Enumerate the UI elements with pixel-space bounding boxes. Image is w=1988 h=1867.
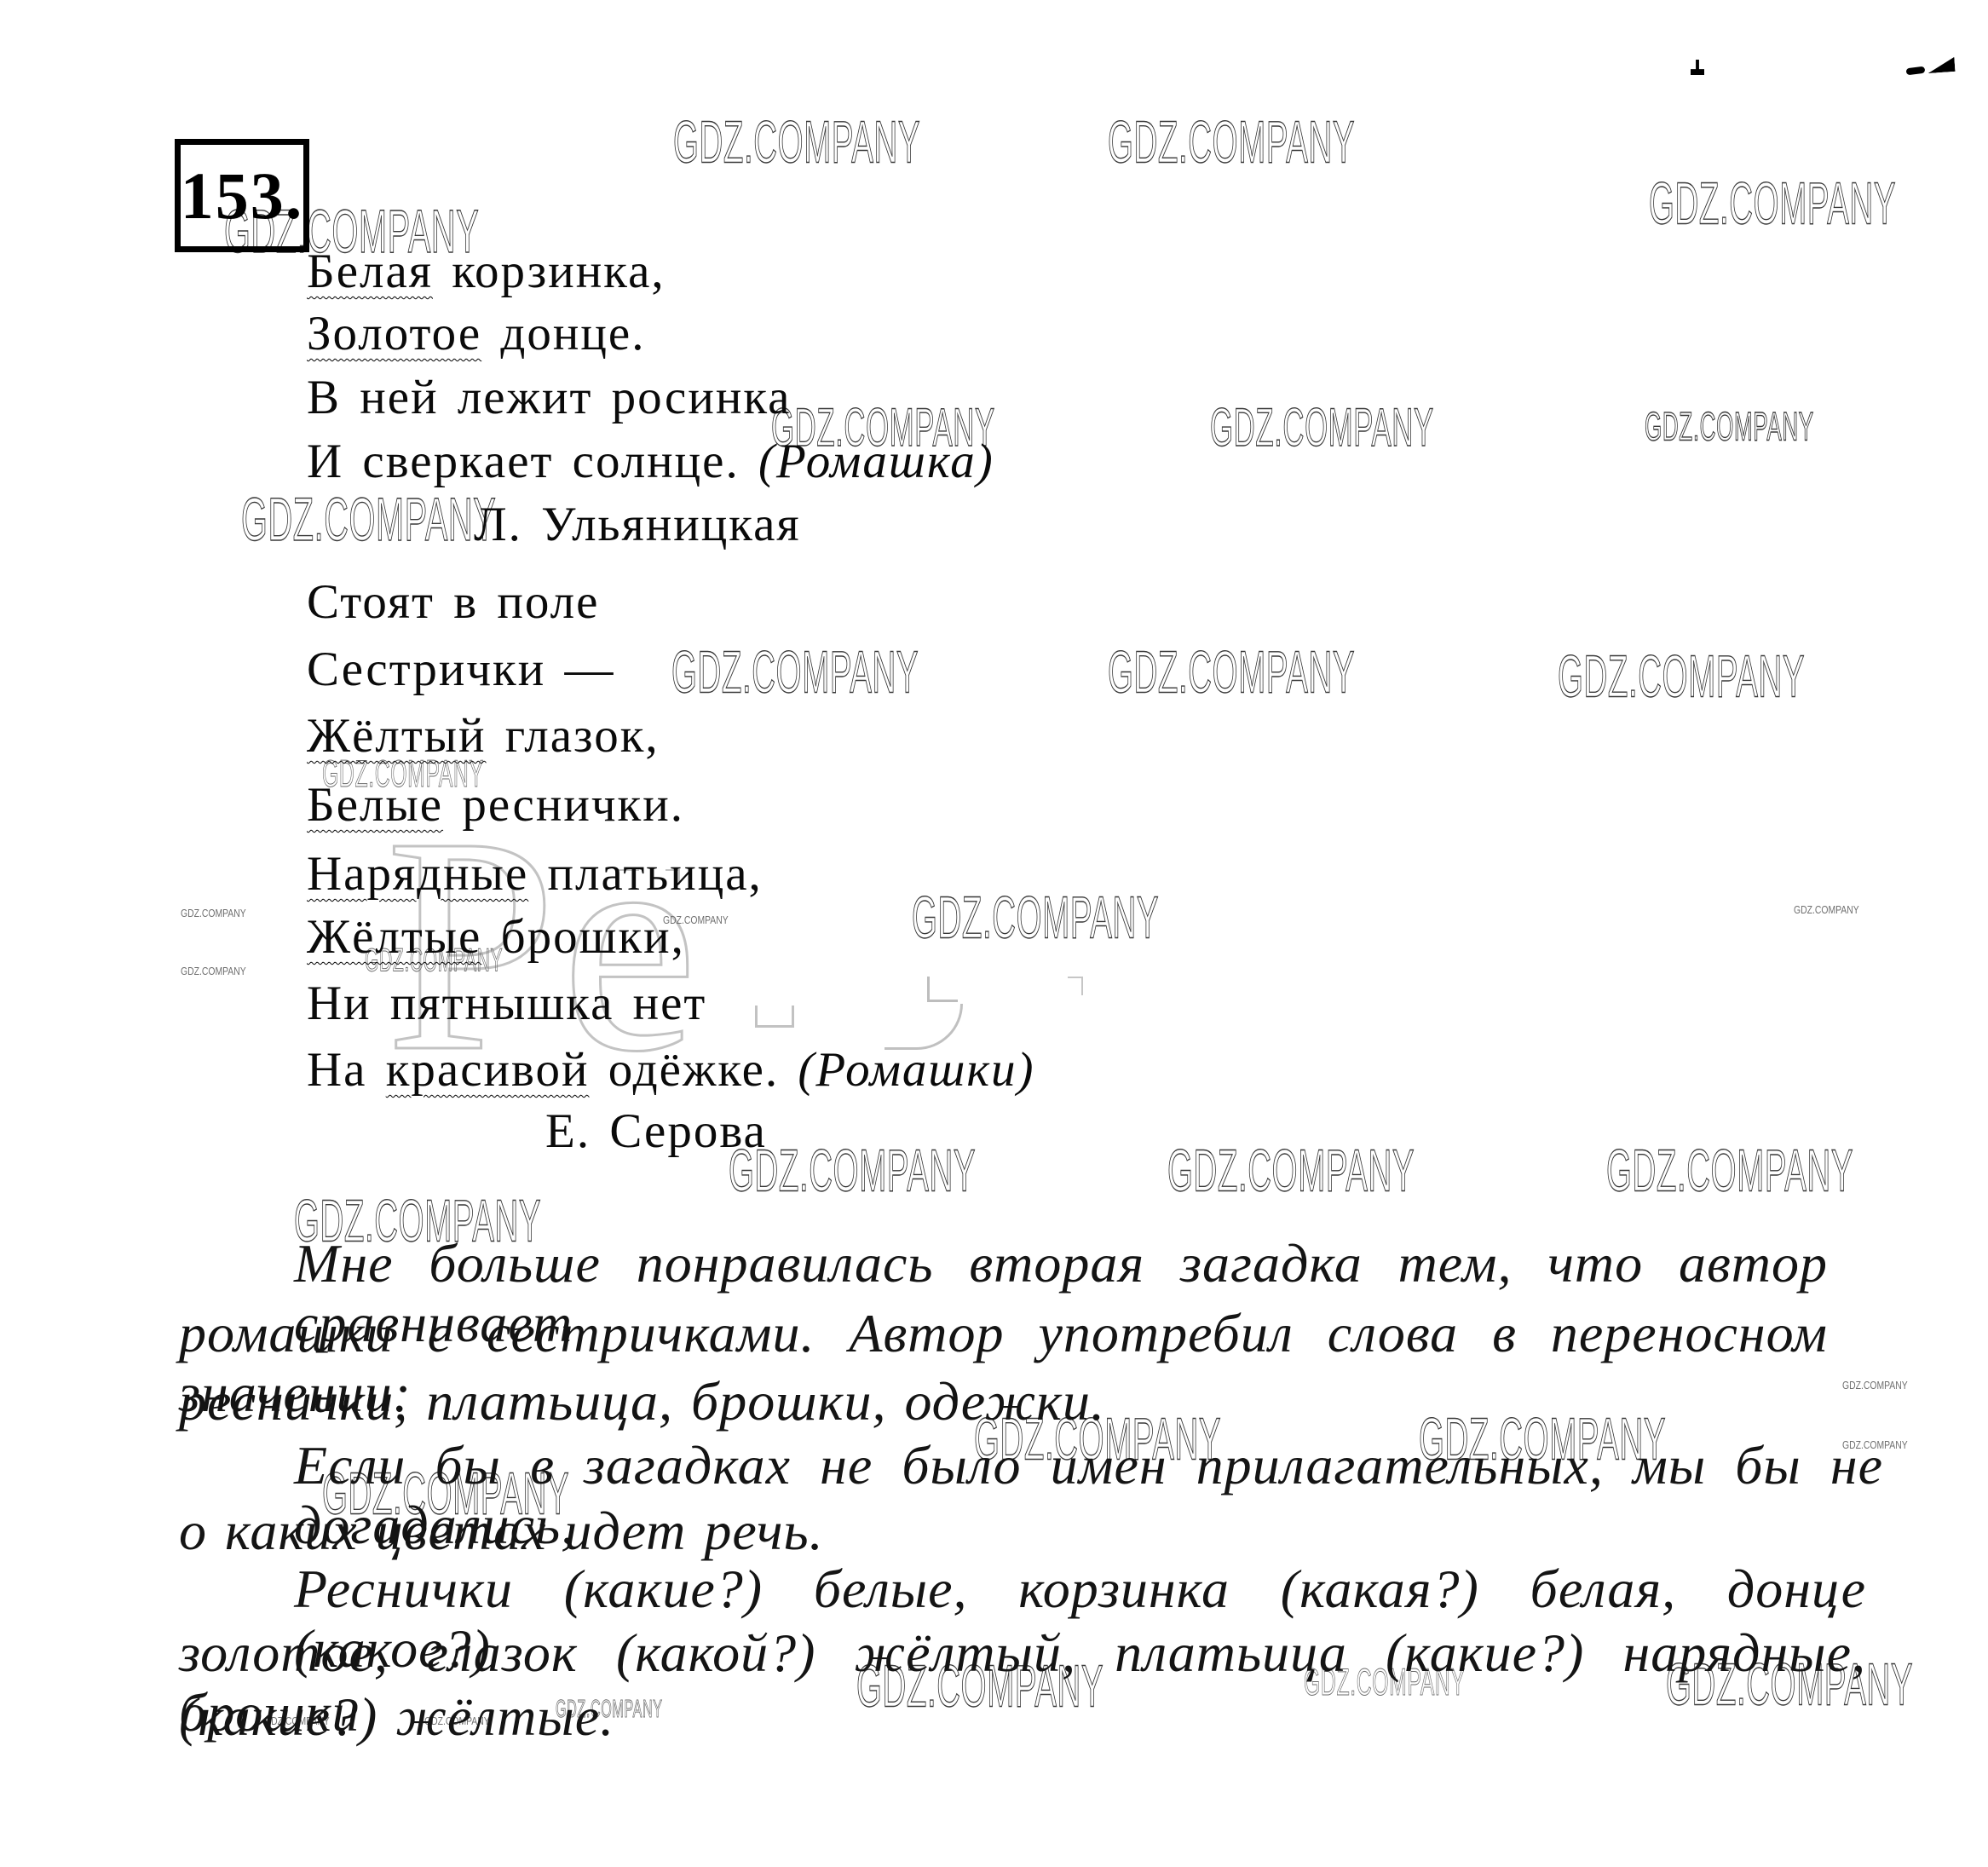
cutoff-glyph-mark: [1906, 66, 1926, 76]
wavy-underlined-word: Жёлтые: [307, 910, 481, 964]
text-segment: реснички, платьица, брошки, одежки.: [179, 1371, 1105, 1432]
riddle1-line-1: Белая корзинка,: [307, 245, 666, 299]
gdz-watermark: GDZ.COMPANY: [181, 965, 246, 977]
gdz-watermark: GDZ.COMPANY: [1108, 639, 1355, 707]
riddle2-line-2: Сестрички —: [307, 643, 614, 697]
cutoff-glyph-mark: [1691, 60, 1704, 75]
gdz-watermark: GDZ.COMPANY: [671, 639, 919, 707]
text-segment: В ней лежит росинка: [307, 371, 791, 424]
wavy-underlined-word: красивой: [386, 1043, 590, 1097]
gdz-watermark: GDZ.COMPANY: [1794, 903, 1859, 916]
commentary-line-3: реснички, платьица, брошки, одежки.: [179, 1372, 1105, 1432]
text-segment: Е. Серова: [545, 1104, 767, 1158]
riddle1-line-2: Золотое донце.: [307, 308, 645, 361]
riddle2-line-8: На красивой одёжке. (Ромашки): [307, 1044, 1035, 1098]
scan-artifact: [755, 1006, 794, 1028]
text-segment: На: [307, 1043, 386, 1097]
text-segment: Ни пятнышка нет: [307, 977, 706, 1030]
gdz-watermark: GDZ.COMPANY: [1645, 404, 1814, 450]
exercise-number-box: 153.: [175, 139, 309, 252]
answer-line-3: (какие?) жёлтые.: [179, 1687, 614, 1747]
riddle2-line-4: Белые реснички.: [307, 779, 684, 833]
riddle1-line-3: В ней лежит росинка: [307, 372, 791, 425]
wavy-underlined-word: Белая: [307, 245, 433, 298]
text-segment: Сестрички —: [307, 643, 614, 696]
gdz-watermark: GDZ.COMPANY: [1210, 396, 1434, 458]
gdz-watermark: GDZ.COMPANY: [673, 109, 920, 177]
text-segment: (Ромашки): [798, 1043, 1034, 1097]
gdz-watermark: GDZ.COMPANY: [1108, 109, 1355, 177]
gdz-watermark: GDZ.COMPANY: [1167, 1138, 1415, 1206]
wavy-underlined-word: Нарядные: [307, 847, 528, 901]
text-segment: Стоят в поле: [307, 575, 599, 629]
gdz-watermark: GDZ.COMPANY: [181, 907, 246, 919]
scanned-document-page: Ре GDZ.COMPANYGDZ.COMPANYGDZ.COMPANYGDZ.…: [0, 0, 1988, 1867]
gdz-watermark: GDZ.COMPANY: [912, 885, 1159, 953]
riddle1-author: Л. Ульяницкая: [474, 498, 801, 552]
text-segment: донце.: [481, 307, 645, 360]
gdz-watermark: GDZ.COMPANY: [241, 484, 496, 555]
wavy-underlined-word: Белые: [307, 778, 443, 832]
riddle2-line-1: Стоят в поле: [307, 576, 599, 630]
scan-artifact: [927, 977, 958, 1002]
gdz-watermark: GDZ.COMPANY: [1558, 643, 1805, 712]
riddle2-line-7: Ни пятнышка нет: [307, 977, 706, 1031]
text-segment: (Ромашка): [758, 435, 994, 488]
text-segment: (какие?) жёлтые.: [179, 1686, 614, 1747]
text-segment: корзинка,: [433, 245, 666, 298]
riddle2-line-6: Жёлтые брошки,: [307, 911, 685, 965]
exercise-number: 153.: [181, 158, 304, 234]
cutoff-glyph-mark: [1927, 57, 1955, 73]
riddle2-line-3: Жёлтый глазок,: [307, 710, 660, 764]
commentary-line-5: о каких цветах идет речь.: [179, 1501, 824, 1561]
riddle2-line-5: Нарядные платьица,: [307, 848, 763, 902]
scan-artifact: [1068, 977, 1083, 995]
wavy-underlined-word: Золотое: [307, 307, 481, 360]
gdz-watermark: GDZ.COMPANY: [1606, 1138, 1853, 1206]
riddle2-author: Е. Серова: [545, 1105, 767, 1159]
text-segment: И сверкает солнце.: [307, 435, 758, 488]
text-segment: одёжке.: [590, 1043, 798, 1097]
text-segment: о каких цветах идет речь.: [179, 1501, 824, 1561]
text-segment: глазок,: [487, 709, 660, 763]
text-segment: реснички.: [443, 778, 684, 832]
gdz-watermark: GDZ.COMPANY: [1649, 170, 1896, 239]
text-segment: Л. Ульяницкая: [474, 498, 801, 551]
text-segment: платьица,: [528, 847, 762, 901]
riddle1-line-4: И сверкает солнце. (Ромашка): [307, 435, 994, 489]
wavy-underlined-word: Жёлтый: [307, 709, 487, 763]
gdz-watermark: GDZ.COMPANY: [1842, 1379, 1908, 1392]
text-segment: брошки,: [481, 910, 685, 964]
